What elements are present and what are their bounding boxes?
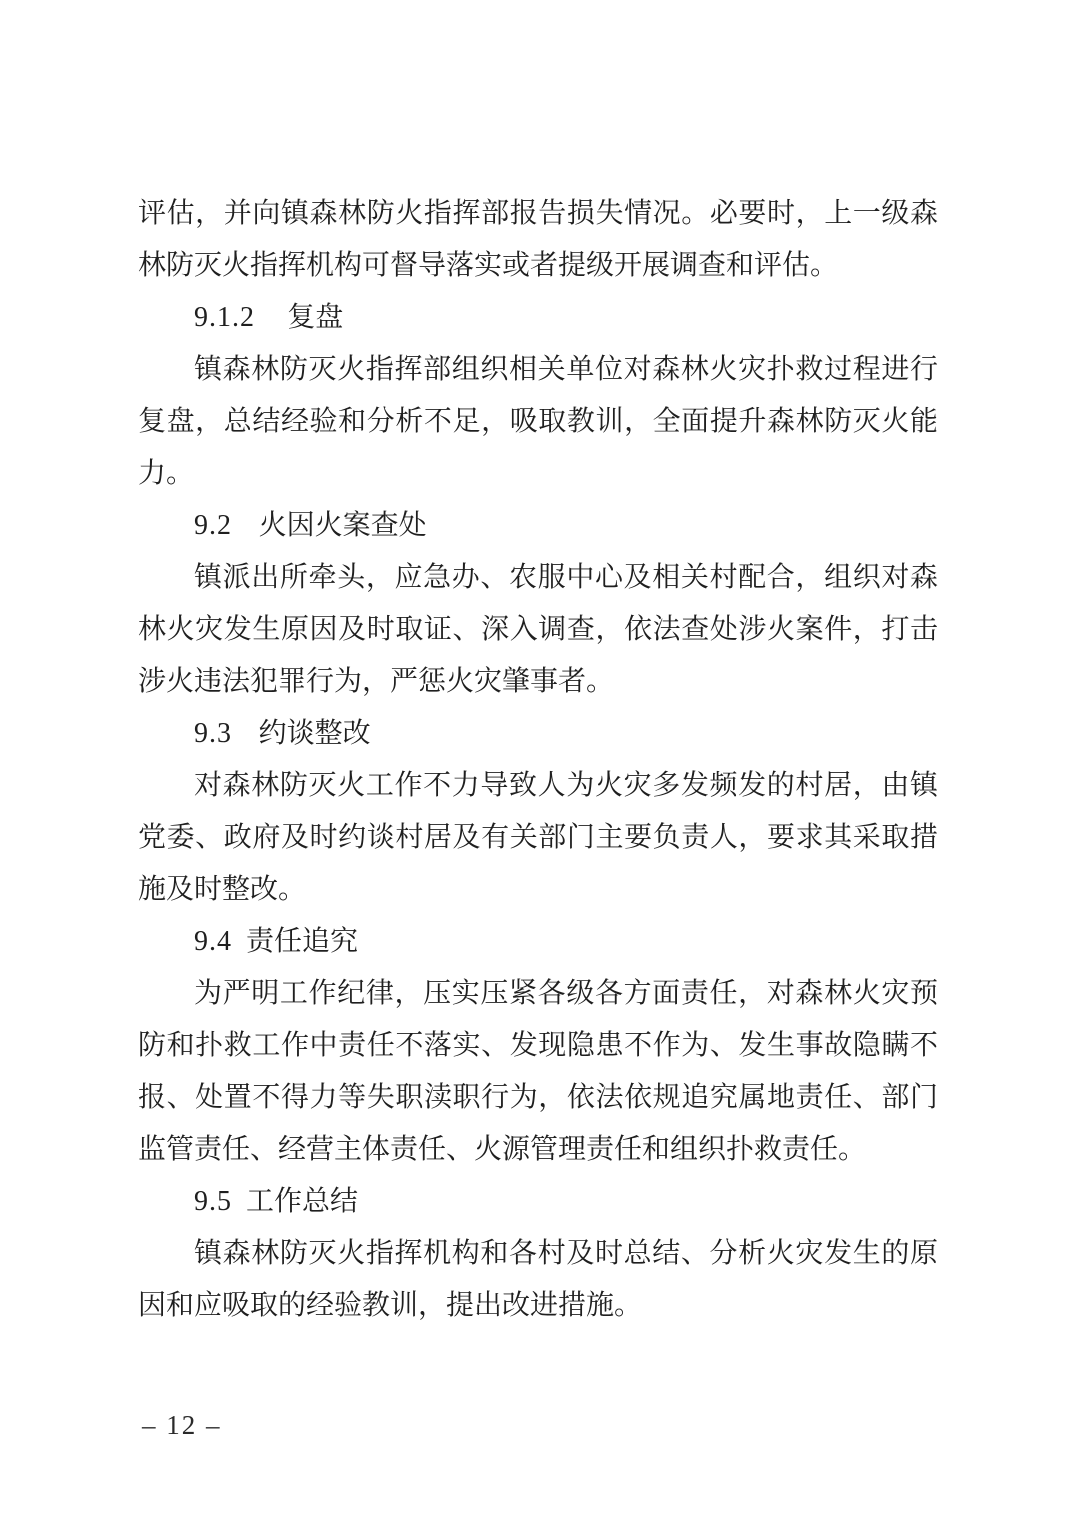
section-heading-9-2: 9.2火因火案查处 [138, 500, 938, 552]
paragraph-9-5-work-summary: 镇森林防灭火指挥机构和各村及时总结、分析火灾发生的原因和应吸取的经验教训，提出改… [138, 1228, 938, 1332]
section-heading-9-4: 9.4责任追究 [138, 916, 938, 968]
document-body: 评估，并向镇森林防火指挥部报告损失情况。必要时，上一级森林防灭火指挥机构可督导落… [138, 188, 938, 1332]
paragraph-9-3-rectification-interviews: 对森林防灭火工作不力导致人为火灾多发频发的村居，由镇党委、政府及时约谈村居及有关… [138, 760, 938, 916]
section-title: 责任追究 [246, 926, 358, 957]
section-number: 9.1.2 [194, 302, 255, 333]
paragraph-9-2-fire-cause-investigation: 镇派出所牵头，应急办、农服中心及相关村配合，组织对森林火灾发生原因及时取证、深入… [138, 552, 938, 708]
section-number: 9.3 [194, 718, 232, 749]
section-title: 约谈整改 [259, 718, 371, 749]
section-title: 火因火案查处 [259, 510, 427, 541]
section-heading-9-5: 9.5工作总结 [138, 1176, 938, 1228]
document-page: 评估，并向镇森林防火指挥部报告损失情况。必要时，上一级森林防灭火指挥机构可督导落… [0, 0, 1074, 1520]
section-number: 9.4 [194, 926, 232, 957]
paragraph-9-1-2-review: 镇森林防灭火指挥部组织相关单位对森林火灾扑救过程进行复盘，总结经验和分析不足，吸… [138, 344, 938, 500]
section-heading-9-1-2: 9.1.2复盘 [138, 292, 938, 344]
section-title: 工作总结 [246, 1186, 358, 1217]
paragraph-9-4-accountability: 为严明工作纪律，压实压紧各级各方面责任，对森林火灾预防和扑救工作中责任不落实、发… [138, 968, 938, 1176]
section-title: 复盘 [287, 302, 343, 333]
section-number: 9.2 [194, 510, 232, 541]
paragraph-continuation-damage-report: 评估，并向镇森林防火指挥部报告损失情况。必要时，上一级森林防灭火指挥机构可督导落… [138, 188, 938, 292]
page-number: – 12 – [142, 1405, 222, 1445]
section-heading-9-3: 9.3约谈整改 [138, 708, 938, 760]
section-number: 9.5 [194, 1186, 232, 1217]
